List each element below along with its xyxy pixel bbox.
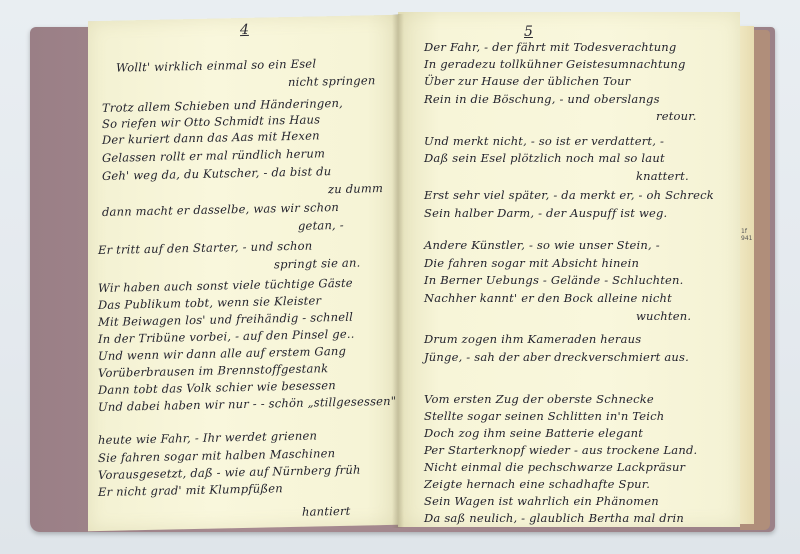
- handwritten-line: Und wenn wir dann alle auf erstem Gang: [98, 344, 346, 363]
- handwritten-line: Nicht einmal die pechschwarze Lackpräsur: [424, 460, 685, 474]
- stamp-line: 1f: [741, 228, 752, 235]
- handwritten-line: Stellte sogar seinen Schlitten in'n Teic…: [424, 409, 664, 423]
- handwritten-line: Sein Wagen ist wahrlich ein Phänomen: [424, 494, 659, 508]
- handwritten-line: Der Fahr, - der fährt mit Todesverachtun…: [424, 40, 676, 54]
- stamp-line: 941: [741, 235, 752, 242]
- handwritten-line: Andere Künstler, - so wie unser Stein, -: [424, 238, 660, 252]
- handwritten-line: getan, -: [298, 218, 344, 233]
- right-page: 5 Der Fahr, - der fährt mit Todesveracht…: [398, 12, 740, 527]
- handwritten-line: Gelassen rollt er mal ründlich herum: [102, 146, 325, 165]
- handwritten-line: Er nicht grad' mit Klumpfüßen: [98, 481, 283, 499]
- handwritten-line: Geh' weg da, du Kutscher, - da bist du: [102, 164, 331, 183]
- handwritten-line: Daß sein Esel plötzlich noch mal so laut: [424, 151, 665, 165]
- handwritten-line: Und merkt nicht, - so ist er verdattert,…: [424, 134, 664, 148]
- handwritten-line: Er tritt auf den Starter, - und schon: [98, 239, 312, 257]
- page-stack-edge: [740, 26, 754, 524]
- handwritten-line: Der kuriert dann das Aas mit Hexen: [102, 128, 320, 147]
- handwritten-line: Vorüberbrausen im Brennstoffgestank: [98, 361, 328, 380]
- book-gutter: [392, 14, 404, 528]
- handwritten-line: Über zur Hause der üblichen Tour: [424, 74, 630, 88]
- handwritten-line: Vorausgesetzt, daß - wie auf Nürnberg fr…: [98, 463, 361, 483]
- handwritten-line: springt sie an.: [274, 256, 360, 272]
- handwritten-line: Wir haben auch sonst viele tüchtige Gäst…: [98, 276, 353, 295]
- handwritten-line: zu dumm: [328, 181, 383, 196]
- handwritten-line: Nachher kannt' er den Bock alleine nicht: [424, 291, 672, 305]
- handwritten-line: heute wie Fahr, - Ihr werdet grienen: [98, 428, 317, 447]
- handwritten-line: Sie fahren sogar mit halben Maschinen: [98, 446, 335, 465]
- handwritten-line: Das Publikum tobt, wenn sie Kleister: [98, 293, 321, 312]
- page-number: 4: [240, 22, 249, 38]
- handwritten-line: nicht springen: [288, 73, 375, 89]
- handwritten-line: Die fahren sogar mit Absicht hinein: [424, 256, 639, 270]
- handwritten-line: retour.: [656, 109, 697, 123]
- handwritten-line: Doch zog ihm seine Batterie elegant: [424, 426, 643, 440]
- left-page: 4 Wollt' wirklich einmal so ein Eselnich…: [88, 15, 398, 531]
- handwritten-line: Per Starterknopf wieder - aus trockene L…: [424, 443, 697, 457]
- handwritten-line: Sein halber Darm, - der Auspuff ist weg.: [424, 206, 667, 220]
- handwritten-line: Da saß neulich, - glaublich Bertha mal d…: [424, 511, 684, 525]
- handwritten-line: Jünge, - sah der aber dreckverschmiert a…: [424, 350, 689, 364]
- handwritten-line: Wollt' wirklich einmal so ein Esel: [116, 56, 316, 74]
- handwritten-line: Dann tobt das Volk schier wie besessen: [98, 378, 336, 397]
- handwritten-line: Und dabei haben wir nur - - schön „still…: [98, 394, 396, 414]
- handwritten-line: Drum zogen ihm Kameraden heraus: [424, 332, 641, 346]
- handwritten-line: Erst sehr viel später, - da merkt er, - …: [424, 188, 714, 202]
- handwritten-line: Vom ersten Zug der oberste Schnecke: [424, 392, 654, 406]
- handwritten-line: knattert.: [636, 169, 689, 183]
- edge-stamp: 1f 941: [741, 228, 752, 242]
- handwritten-line: In Berner Uebungs - Gelände - Schluchten…: [424, 273, 684, 287]
- handwritten-line: wuchten.: [636, 309, 691, 323]
- page-number: 5: [524, 24, 533, 40]
- handwritten-line: Rein in die Böschung, - und oberslangs: [424, 92, 660, 106]
- handwritten-line: In der Tribüne vorbei, - auf den Pinsel …: [98, 327, 355, 346]
- handwritten-line: dann macht er dasselbe, was wir schon: [102, 200, 339, 219]
- handwritten-line: hantiert: [302, 504, 351, 519]
- handwritten-line: Zeigte hernach eine schadhafte Spur.: [424, 477, 650, 491]
- handwritten-line: In geradezu tollkühner Geistesumnachtung: [424, 57, 686, 71]
- handwritten-line: Mit Beiwagen los' und freihändig - schne…: [98, 310, 353, 329]
